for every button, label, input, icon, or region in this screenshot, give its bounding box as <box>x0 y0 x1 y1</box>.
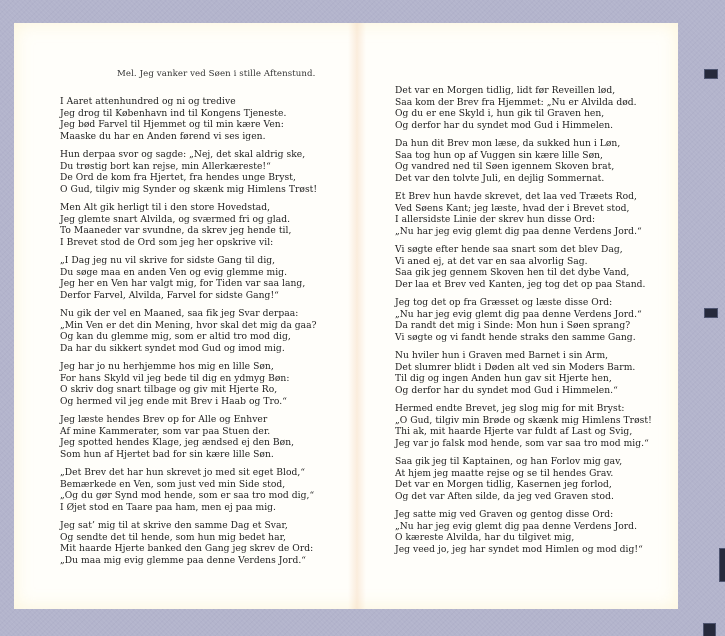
verse-line: Og hermed vil jeg ende mit Brev i Haab o… <box>60 397 317 409</box>
verse-line: Saa tog hun op af Vuggen sin kære lille … <box>395 151 652 163</box>
melody-note: Mel. Jeg vanker ved Søen i stille Aftens… <box>117 69 315 79</box>
stanza: Vi søgte efter hende saa snart som det b… <box>395 245 652 291</box>
verse-line: Saa kom der Brev fra Hjemmet: „Nu er Alv… <box>395 98 652 110</box>
verse-line: Jeg sat’ mig til at skrive den samme Dag… <box>60 521 317 533</box>
verse-line: „Nu har jeg evig glemt dig paa denne Ver… <box>395 522 652 534</box>
verse-line: Du trøstig bort kan rejse, min Allerkære… <box>60 162 317 174</box>
verse-line: I Aaret attenhundred og ni og tredive <box>60 97 317 109</box>
right-page: Det var en Morgen tidlig, lidt før Revei… <box>359 23 678 609</box>
stanza: Men Alt gik herligt til i den store Hove… <box>60 203 317 249</box>
verse-line: Og du er ene Skyld i, hun gik til Graven… <box>395 109 652 121</box>
verse-line: Saa gik jeg til Kaptainen, og han Forlov… <box>395 457 652 469</box>
verse-line: Det var en Morgen tidlig, Kasernen jeg f… <box>395 480 652 492</box>
verse-line: Og det var Aften silde, da jeg ved Grave… <box>395 492 652 504</box>
stanza: „I Dag jeg nu vil skrive for sidste Gang… <box>60 256 317 302</box>
stanza: Jeg tog det op fra Græsset og læste diss… <box>395 298 652 344</box>
verse-line: „Du maa mig evig glemme paa denne Verden… <box>60 556 317 568</box>
verse-line: Det slumrer blidt i Døden alt ved sin Mo… <box>395 363 652 375</box>
verse-line: Bemærkede en Ven, som just ved min Side … <box>60 480 317 492</box>
verse-line: Det var den tolvte Juli, en dejlig Somme… <box>395 174 652 186</box>
stanza: Da hun dit Brev mon læse, da sukked hun … <box>395 139 652 185</box>
verse-line: Og kan du glemme mig, som er altid tro m… <box>60 332 317 344</box>
stanza: Jeg har jo nu herhjemme hos mig en lille… <box>60 362 317 408</box>
verse-line: Jeg satte mig ved Graven og gentog disse… <box>395 510 652 522</box>
verse-line: Du søge maa en anden Ven og evig glemme … <box>60 268 317 280</box>
verse-line: Vi søgte efter hende saa snart som det b… <box>395 245 652 257</box>
verse-line: Mit haarde Hjerte banked den Gang jeg sk… <box>60 544 317 556</box>
verse-line: I Øjet stod en Taare paa ham, men ej paa… <box>60 503 317 515</box>
verse-line: Da randt det mig i Sinde: Mon hun i Søen… <box>395 321 652 333</box>
verse-line: Men Alt gik herligt til i den store Hove… <box>60 203 317 215</box>
verse-line: „O Gud, tilgiv min Brøde og skænk mig Hi… <box>395 416 652 428</box>
verse-line: Jeg glemte snart Alvilda, og sværmed fri… <box>60 215 317 227</box>
right-text-column: Det var en Morgen tidlig, lidt før Revei… <box>395 86 652 563</box>
verse-line: Jeg bød Farvel til Hjemmet og til min kæ… <box>60 120 317 132</box>
verse-line: De Ord de kom fra Hjertet, fra hendes un… <box>60 173 317 185</box>
left-text-column: I Aaret attenhundred og ni og trediveJeg… <box>60 97 317 574</box>
verse-line: Og sendte det til hende, som hun mig bed… <box>60 533 317 545</box>
verse-line: Vi søgte og vi fandt hende straks den sa… <box>395 333 652 345</box>
left-page: Mel. Jeg vanker ved Søen i stille Aftens… <box>14 23 354 609</box>
verse-line: For hans Skyld vil jeg bede til dig en y… <box>60 374 317 386</box>
verse-line: Jeg veed jo, jeg har syndet mod Himlen o… <box>395 545 652 557</box>
verse-line: Jeg har jo nu herhjemme hos mig en lille… <box>60 362 317 374</box>
stanza: Jeg læste hendes Brev op for Alle og Enh… <box>60 415 317 461</box>
stanza: Jeg satte mig ved Graven og gentog disse… <box>395 510 652 556</box>
verse-line: O skriv dog snart tilbage og giv mit Hje… <box>60 385 317 397</box>
verse-line: Derfor Farvel, Alvilda, Farvel for sidst… <box>60 291 317 303</box>
verse-line: „Nu har jeg evig glemt dig paa denne Ver… <box>395 310 652 322</box>
verse-line: At hjem jeg maatte rejse og se til hende… <box>395 469 652 481</box>
verse-line: Jeg læste hendes Brev op for Alle og Enh… <box>60 415 317 427</box>
verse-line: Der laa et Brev ved Kanten, jeg tog det … <box>395 280 652 292</box>
verse-line: Hun derpaa svor og sagde: „Nej, det skal… <box>60 150 317 162</box>
verse-line: Saa gik jeg gennem Skoven hen til det dy… <box>395 268 652 280</box>
stanza: „Det Brev det har hun skrevet jo med sit… <box>60 468 317 514</box>
verse-line: I allersidste Linie der skrev hun disse … <box>395 215 652 227</box>
stanza: Nu gik der vel en Maaned, saa fik jeg Sv… <box>60 309 317 355</box>
verse-line: O Gud, tilgiv mig Synder og skænk mig Hi… <box>60 185 317 197</box>
verse-line: O kæreste Alvilda, har du tilgivet mig, <box>395 533 652 545</box>
verse-line: „I Dag jeg nu vil skrive for sidste Gang… <box>60 256 317 268</box>
verse-line: Og derfor har du syndet mod Gud i Himmel… <box>395 386 652 398</box>
verse-line: „Og du gør Synd mod hende, som er saa tr… <box>60 491 317 503</box>
verse-line: Maaske du har en Anden førend vi ses ige… <box>60 132 317 144</box>
verse-line: Thi ak, mit haarde Hjerte var fuldt af L… <box>395 427 652 439</box>
edge-mark-4 <box>703 623 716 636</box>
verse-line: Nu hviler hun i Graven med Barnet i sin … <box>395 351 652 363</box>
edge-mark-2 <box>704 308 718 318</box>
verse-line: Jeg var jo falsk mod hende, som var saa … <box>395 439 652 451</box>
verse-line: Jeg spotted hendes Klage, jeg ændsed ej … <box>60 438 317 450</box>
stanza: Hermed endte Brevet, jeg slog mig for mi… <box>395 404 652 450</box>
verse-line: Da har du sikkert syndet mod Gud og imod… <box>60 344 317 356</box>
verse-line: Jeg her en Ven har valgt mig, for Tiden … <box>60 279 317 291</box>
stanza: Hun derpaa svor og sagde: „Nej, det skal… <box>60 150 317 196</box>
verse-line: Jeg tog det op fra Græsset og læste diss… <box>395 298 652 310</box>
verse-line: Vi aned ej, at det var en saa alvorlig S… <box>395 257 652 269</box>
verse-line: To Maaneder var svundne, da skrev jeg he… <box>60 226 317 238</box>
verse-line: Da hun dit Brev mon læse, da sukked hun … <box>395 139 652 151</box>
verse-line: Det var en Morgen tidlig, lidt før Revei… <box>395 86 652 98</box>
verse-line: Nu gik der vel en Maaned, saa fik jeg Sv… <box>60 309 317 321</box>
stanza: Jeg sat’ mig til at skrive den samme Dag… <box>60 521 317 567</box>
edge-mark-3 <box>719 548 725 582</box>
edge-mark-1 <box>704 69 718 79</box>
verse-line: „Min Ven er det din Mening, hvor skal de… <box>60 321 317 333</box>
verse-line: Af mine Kammerater, som var paa Stuen de… <box>60 427 317 439</box>
verse-line: Jeg drog til København ind til Kongens T… <box>60 109 317 121</box>
stanza: Et Brev hun havde skrevet, det laa ved T… <box>395 192 652 238</box>
verse-line: I Brevet stod de Ord som jeg her opskriv… <box>60 238 317 250</box>
verse-line: Og derfor har du syndet mod Gud i Himmel… <box>395 121 652 133</box>
stanza: I Aaret attenhundred og ni og trediveJeg… <box>60 97 317 143</box>
verse-line: Hermed endte Brevet, jeg slog mig for mi… <box>395 404 652 416</box>
stanza: Saa gik jeg til Kaptainen, og han Forlov… <box>395 457 652 503</box>
verse-line: Et Brev hun havde skrevet, det laa ved T… <box>395 192 652 204</box>
stanza: Det var en Morgen tidlig, lidt før Revei… <box>395 86 652 132</box>
verse-line: „Det Brev det har hun skrevet jo med sit… <box>60 468 317 480</box>
verse-line: Til dig og ingen Anden hun gav sit Hjert… <box>395 374 652 386</box>
verse-line: Og vandred ned til Søen igennem Skoven b… <box>395 162 652 174</box>
verse-line: „Nu har jeg evig glemt dig paa denne Ver… <box>395 227 652 239</box>
booklet-spread: Mel. Jeg vanker ved Søen i stille Aftens… <box>14 23 678 609</box>
verse-line: Ved Søens Kant; jeg læste, hvad der i Br… <box>395 204 652 216</box>
verse-line: Som hun af Hjertet bad for sin kære lill… <box>60 450 317 462</box>
stanza: Nu hviler hun i Graven med Barnet i sin … <box>395 351 652 397</box>
